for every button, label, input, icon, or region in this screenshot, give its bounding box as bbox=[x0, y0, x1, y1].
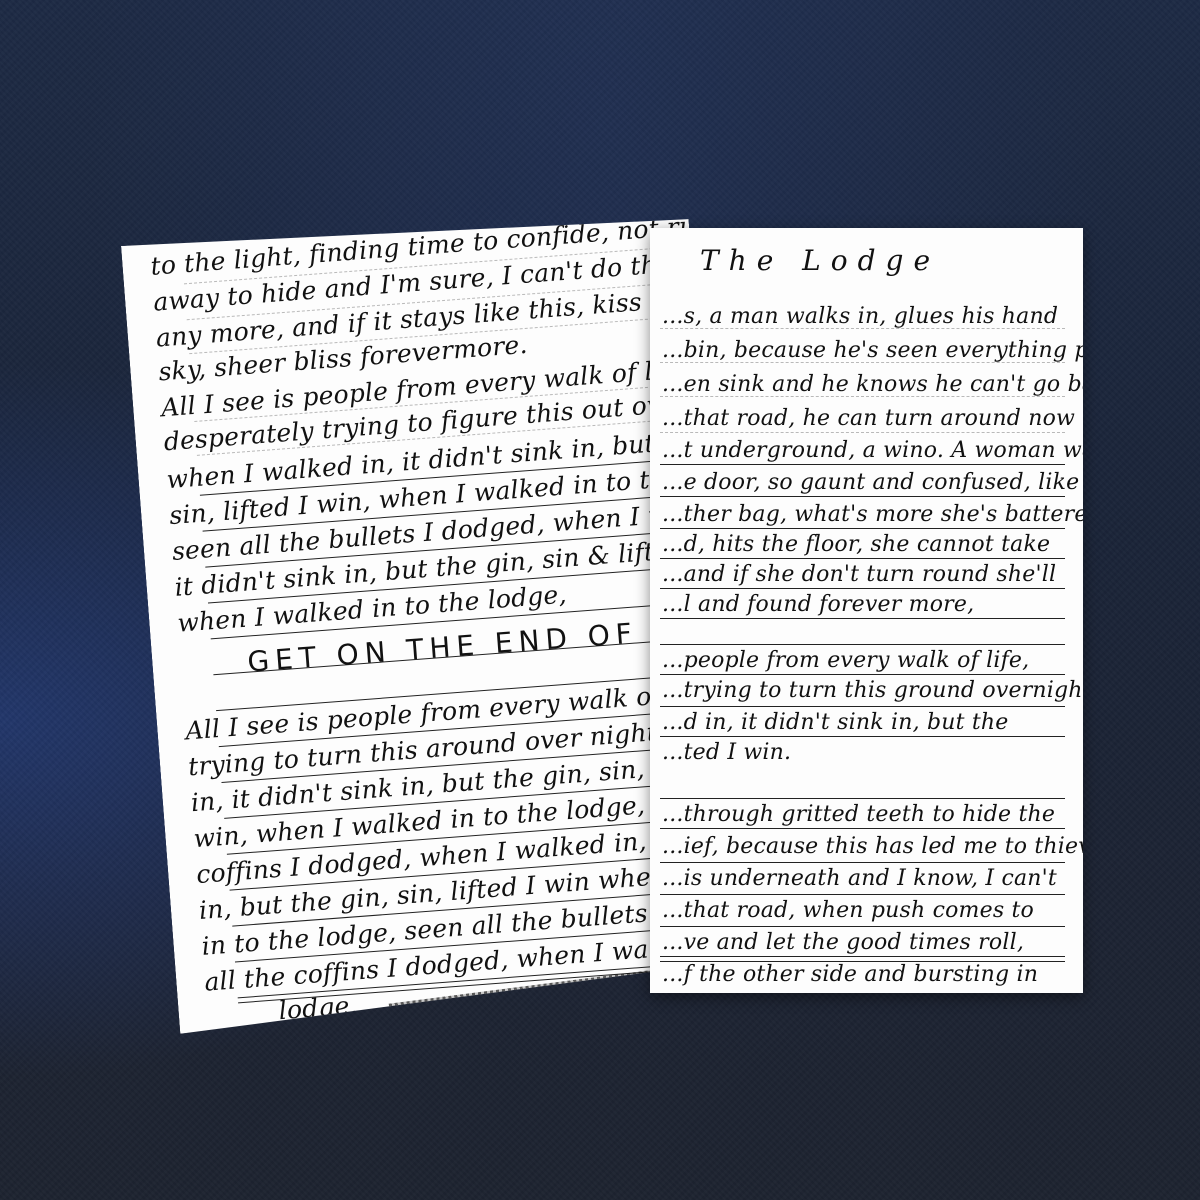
lyric-line: ...people from every walk of life, bbox=[662, 648, 1073, 673]
lyric-line: ...bin, because he's seen everything plu… bbox=[662, 338, 1073, 363]
notebook-right-page: The Lodge ...s, a man walks in, glues hi… bbox=[650, 228, 1083, 993]
lyric-line: ...d, hits the floor, she cannot take bbox=[662, 532, 1073, 557]
lyric-line: ...en sink and he knows he can't go back bbox=[662, 372, 1073, 397]
lyric-line: ...s, a man walks in, glues his hand bbox=[662, 304, 1073, 329]
lyric-line: ...l and found forever more, bbox=[662, 592, 1073, 617]
lyric-line: ...d in, it didn't sink in, but the bbox=[662, 710, 1073, 735]
lyric-line: ...that road, he can turn around now or bbox=[662, 406, 1073, 431]
lyric-line: ...ther bag, what's more she's battered bbox=[662, 502, 1073, 527]
lyric-line: ...ief, because this has led me to thiev… bbox=[662, 834, 1073, 859]
lyric-line: ...and if she don't turn round she'll bbox=[662, 562, 1073, 587]
lyric-line: ...t underground, a wino. A woman walks bbox=[662, 438, 1073, 463]
lyric-line: ...ve and let the good times roll, bbox=[662, 930, 1073, 955]
lyric-line: ...f the other side and bursting in bbox=[662, 962, 1073, 987]
lyric-line: ...is underneath and I know, I can't bbox=[662, 866, 1073, 891]
lyric-line: ...that road, when push comes to bbox=[662, 898, 1073, 923]
song-title: The Lodge bbox=[700, 244, 940, 277]
lyric-line: ...trying to turn this ground overnight bbox=[662, 678, 1073, 703]
lyric-line: ...through gritted teeth to hide the bbox=[662, 802, 1073, 827]
lyric-line: ...e door, so gaunt and confused, like a bbox=[662, 470, 1073, 495]
lyric-line: ...ted I win. bbox=[662, 740, 1073, 765]
